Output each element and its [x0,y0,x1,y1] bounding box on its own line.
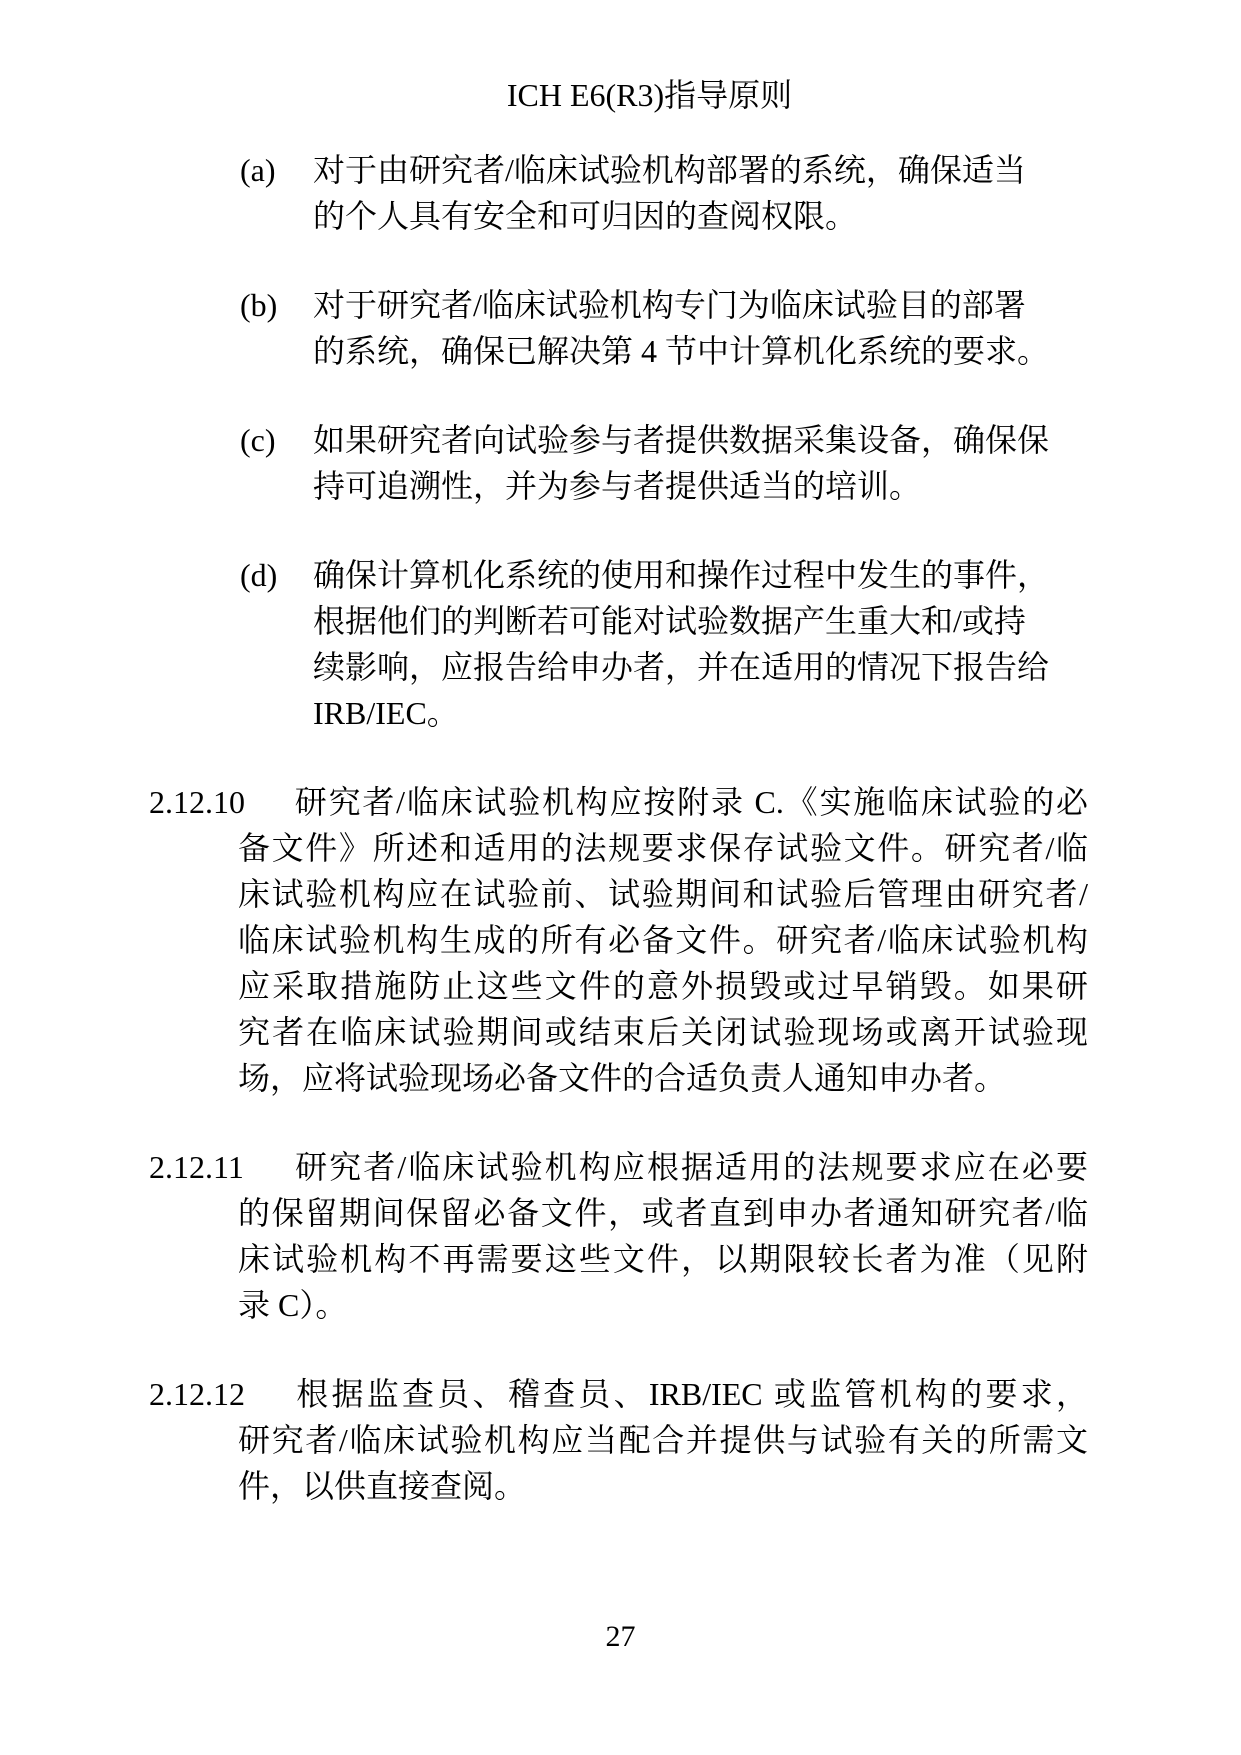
section-line: 床试验机构不再需要这些文件，以期限较长者为准（见附 [238,1236,1088,1282]
list-item-c: (c)如果研究者向试验参与者提供数据采集设备，确保保 持可追溯性，并为参与者提供… [240,417,1070,509]
item-label: (a) [240,147,313,193]
section-line: 的保留期间保留必备文件，或者直到申办者通知研究者/临 [238,1190,1088,1236]
section-line: 究者在临床试验期间或结束后关闭试验现场或离开试验现 [238,1009,1088,1055]
item-label: (c) [240,417,313,463]
item-line-text: 对于研究者/临床试验机构专门为临床试验目的部署 [313,287,1026,323]
section-line-text: 研究者/临床试验机构应按附录 C.《实施临床试验的必 [293,784,1088,820]
section-line: 件，以供直接查阅。 [238,1463,1088,1509]
item-line: IRB/IEC。 [313,690,1070,736]
item-line: (a)对于由研究者/临床试验机构部署的系统，确保适当 [240,147,1070,193]
item-line: 的系统，确保已解决第 4 节中计算机化系统的要求。 [313,328,1070,374]
item-line: (b)对于研究者/临床试验机构专门为临床试验目的部署 [240,282,1070,328]
section-2-12-11: 2.12.11研究者/临床试验机构应根据适用的法规要求应在必要 的保留期间保留必… [149,1144,1088,1328]
document-header: ICH E6(R3)指导原则 [0,0,1241,118]
section-line: 录 C）。 [238,1282,1088,1328]
list-item-b: (b)对于研究者/临床试验机构专门为临床试验目的部署 的系统，确保已解决第 4 … [240,282,1070,374]
item-line-text: 对于由研究者/临床试验机构部署的系统，确保适当 [313,152,1026,188]
item-line-text: 如果研究者向试验参与者提供数据采集设备，确保保 [313,422,1049,458]
section-line: 场，应将试验现场必备文件的合适负责人通知申办者。 [238,1055,1088,1101]
item-line: 的个人具有安全和可归因的查阅权限。 [313,193,1070,239]
section-line: 2.12.11研究者/临床试验机构应根据适用的法规要求应在必要 [149,1144,1088,1190]
section-line: 2.12.10研究者/临床试验机构应按附录 C.《实施临床试验的必 [149,779,1088,825]
section-line-text: 研究者/临床试验机构应根据适用的法规要求应在必要 [293,1149,1088,1185]
section-number: 2.12.10 [149,779,293,825]
item-line: 持可追溯性，并为参与者提供适当的培训。 [313,463,1070,509]
section-number: 2.12.12 [149,1371,293,1417]
item-line: 续影响，应报告给申办者，并在适用的情况下报告给 [313,644,1070,690]
item-line: (c)如果研究者向试验参与者提供数据采集设备，确保保 [240,417,1070,463]
list-item-d: (d)确保计算机化系统的使用和操作过程中发生的事件， 根据他们的判断若可能对试验… [240,552,1070,736]
item-label: (d) [240,552,313,598]
page-number: 27 [0,1614,1241,1660]
item-label: (b) [240,282,313,328]
section-2-12-12: 2.12.12根据监查员、稽查员、IRB/IEC 或监管机构的要求， 研究者/临… [149,1371,1088,1509]
document-page: ICH E6(R3)指导原则 (a)对于由研究者/临床试验机构部署的系统，确保适… [0,0,1241,1755]
section-number: 2.12.11 [149,1144,293,1190]
section-2-12-10: 2.12.10研究者/临床试验机构应按附录 C.《实施临床试验的必 备文件》所述… [149,779,1088,1101]
section-line: 研究者/临床试验机构应当配合并提供与试验有关的所需文 [238,1417,1088,1463]
item-line: (d)确保计算机化系统的使用和操作过程中发生的事件， [240,552,1070,598]
section-line: 应采取措施防止这些文件的意外损毁或过早销毁。如果研 [238,963,1088,1009]
section-line-text: 根据监查员、稽查员、IRB/IEC 或监管机构的要求， [293,1376,1088,1412]
item-line: 根据他们的判断若可能对试验数据产生重大和/或持 [313,598,1070,644]
section-line: 备文件》所述和适用的法规要求保存试验文件。研究者/临 [238,825,1088,871]
list-item-a: (a)对于由研究者/临床试验机构部署的系统，确保适当 的个人具有安全和可归因的查… [240,147,1070,239]
section-line: 临床试验机构生成的所有必备文件。研究者/临床试验机构 [238,917,1088,963]
section-line: 2.12.12根据监查员、稽查员、IRB/IEC 或监管机构的要求， [149,1371,1088,1417]
item-line-text: 确保计算机化系统的使用和操作过程中发生的事件， [313,557,1049,593]
section-line: 床试验机构应在试验前、试验期间和试验后管理由研究者/ [238,871,1088,917]
